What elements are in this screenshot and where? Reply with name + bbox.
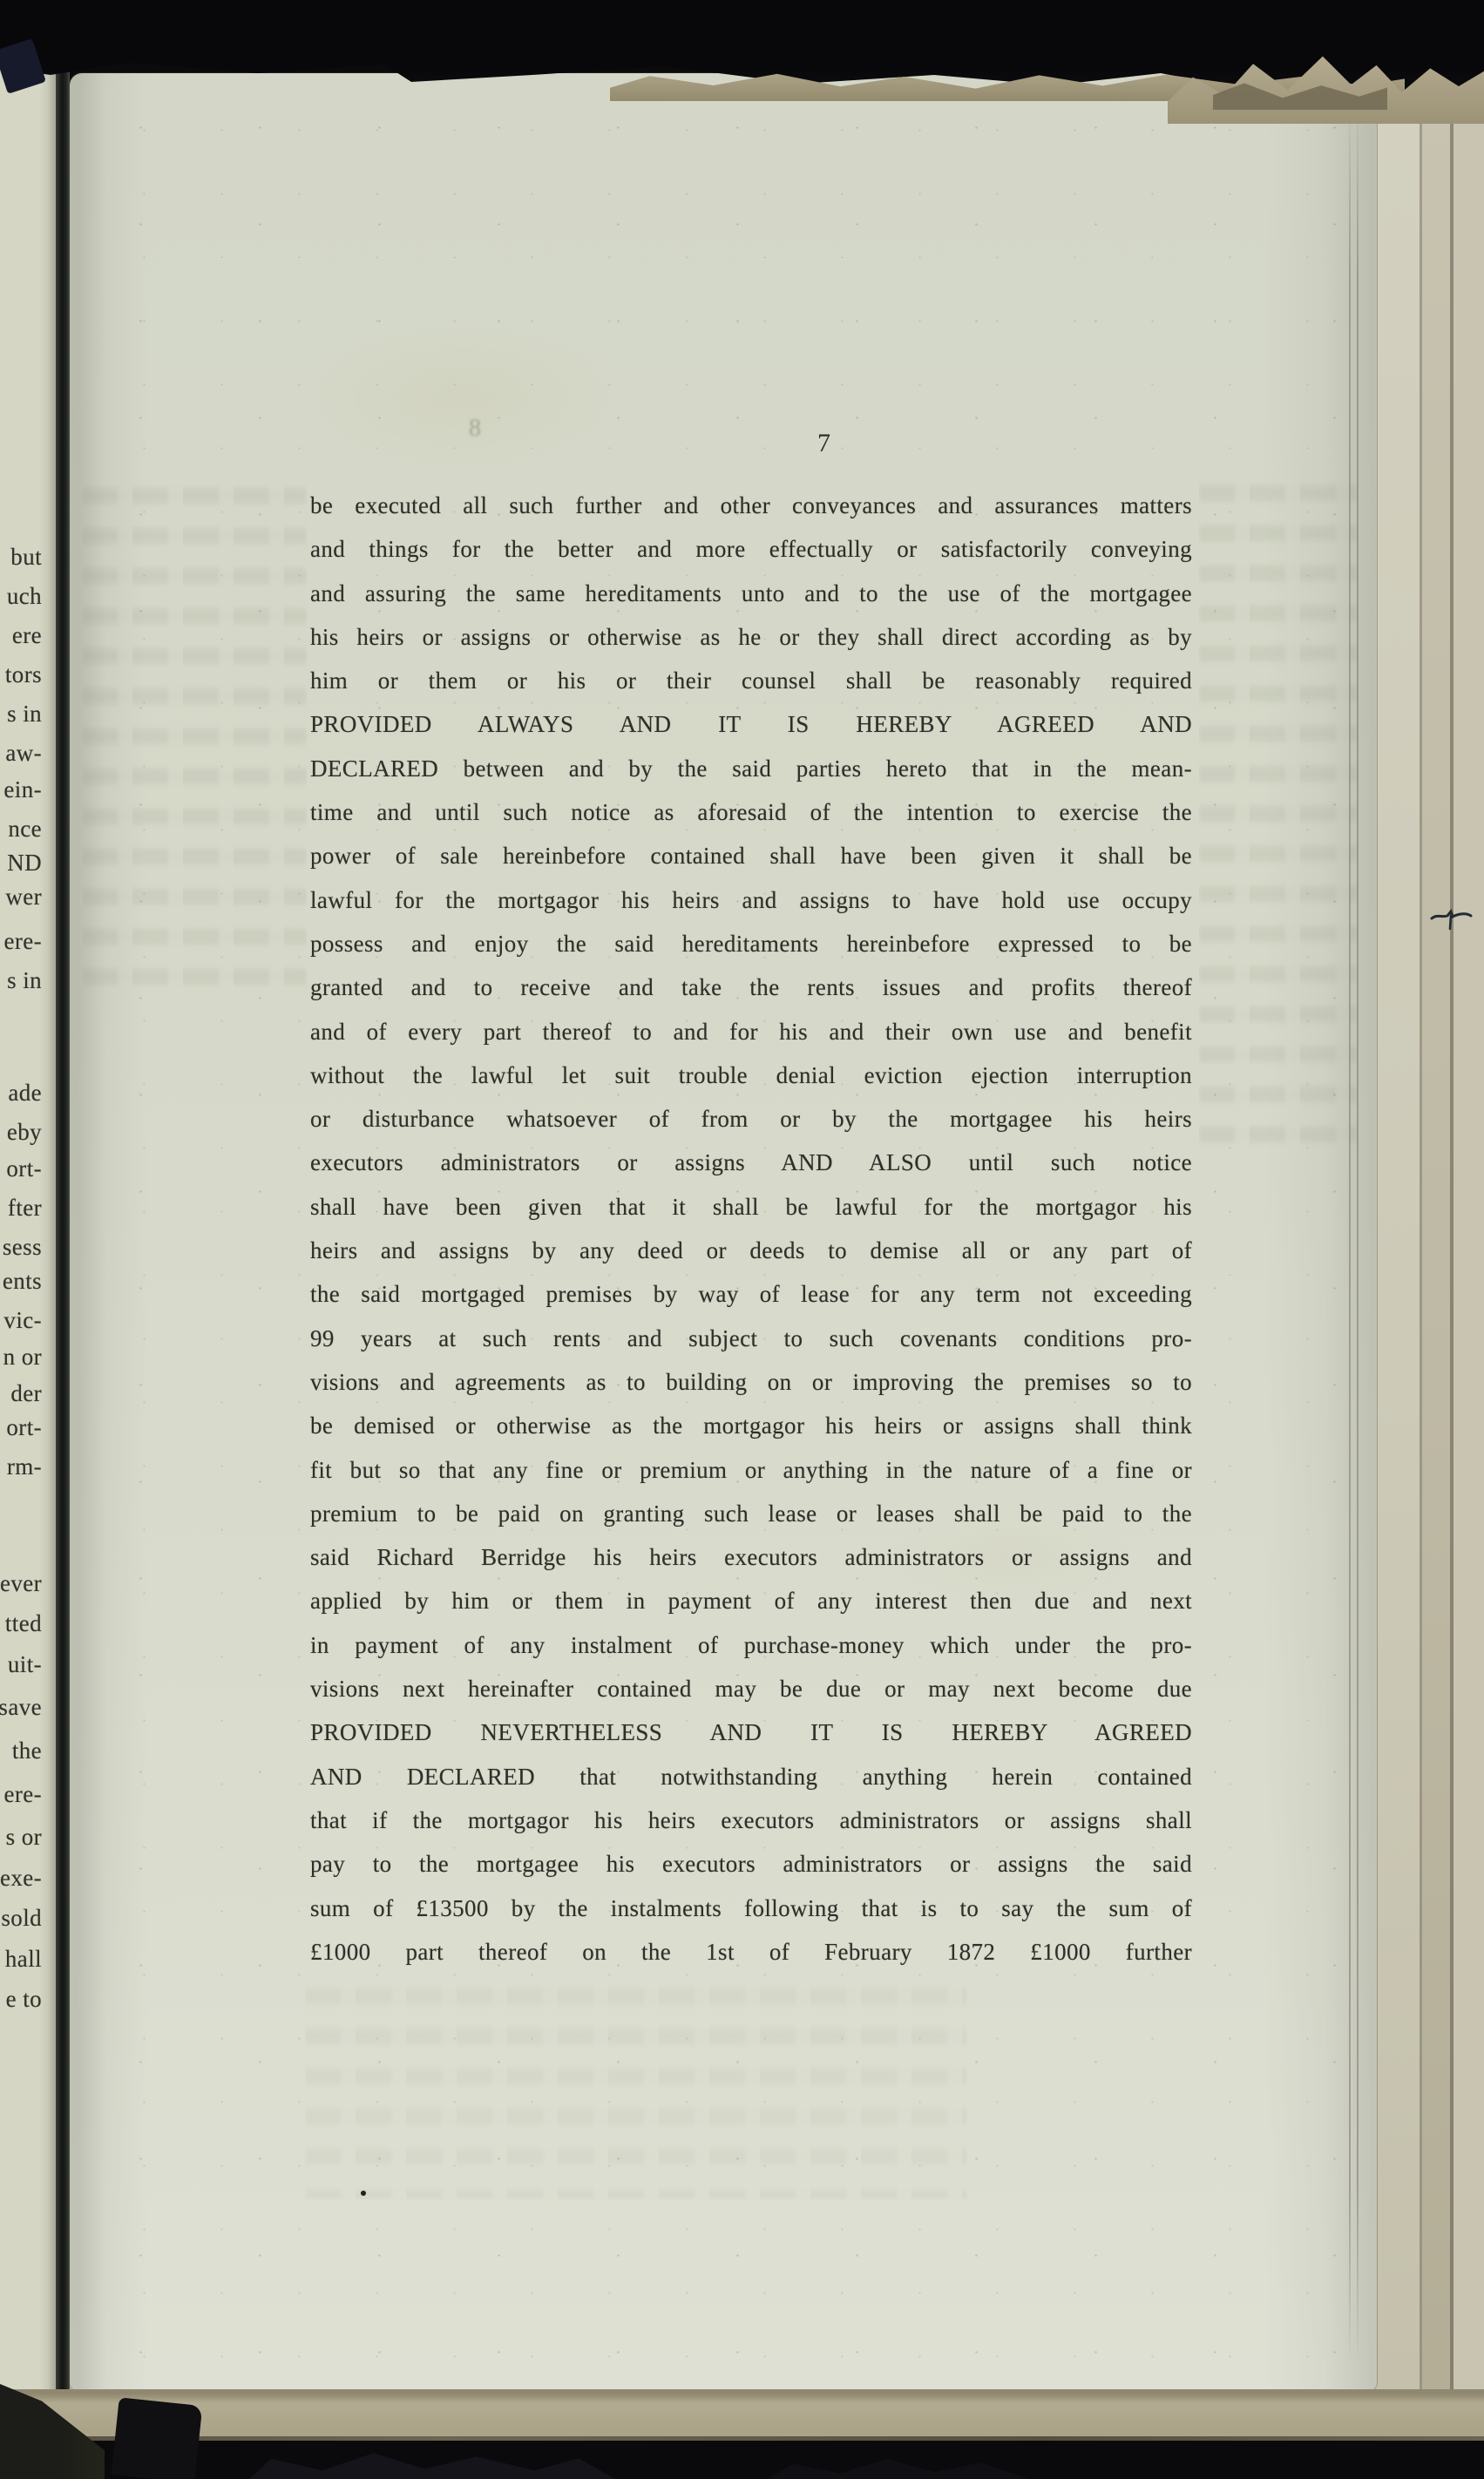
margin-fragment: sold (1, 1898, 42, 1938)
margin-fragment: tted (5, 1603, 42, 1643)
text-line: applied by him or them in payment of any… (310, 1579, 1192, 1622)
text-line: power of sale hereinbefore contained sha… (310, 834, 1192, 877)
text-line-heading: PROVIDED NEVERTHELESS AND IT IS HEREBY A… (310, 1710, 1192, 1754)
text-line: lawful for the mortgagor his heirs and a… (310, 878, 1192, 922)
showthrough-page-number: 8 (469, 415, 481, 443)
margin-fragment: vic- (3, 1300, 42, 1340)
pen-arrow-mark-icon (1429, 908, 1474, 932)
margin-fragment: uit- (8, 1644, 42, 1684)
margin-fragment: exe- (0, 1858, 42, 1898)
text-line: without the lawful let suit trouble deni… (310, 1053, 1192, 1097)
text-line: pay to the mortgagee his executors admin… (310, 1842, 1192, 1886)
margin-fragment: ere- (3, 1774, 42, 1814)
text-line: sum of £13500 by the instalments followi… (310, 1886, 1192, 1930)
margin-fragment: uch (7, 576, 42, 616)
margin-fragment: ort- (6, 1148, 42, 1189)
text-line: shall have been given that it shall be l… (310, 1185, 1192, 1229)
text-line: and things for the better and more effec… (310, 527, 1192, 571)
text-line-heading: PROVIDED ALWAYS AND IT IS HEREBY AGREED … (310, 702, 1192, 746)
ink-fleck (361, 2191, 366, 2196)
text-line: AND DECLARED that notwithstanding anythi… (310, 1755, 1192, 1798)
text-line: be demised or otherwise as the mortgagor… (310, 1404, 1192, 1447)
text-line: that if the mortgagor his heirs executor… (310, 1798, 1192, 1842)
page-crease (1349, 99, 1351, 2365)
margin-fragment: save (0, 1687, 42, 1727)
page-crease (1357, 99, 1359, 2365)
margin-fragment: hall (5, 1939, 42, 1979)
margin-fragment: the (12, 1731, 42, 1771)
margin-fragment: s in (7, 694, 42, 734)
bottom-edge-seam (0, 2436, 1484, 2441)
text-line: time and until such notice as aforesaid … (310, 790, 1192, 834)
margin-fragment: tors (5, 654, 42, 694)
text-line: premium to be paid on granting such leas… (310, 1492, 1192, 1535)
text-line: visions and agreements as to building on… (310, 1360, 1192, 1404)
margin-fragment: s in (7, 960, 42, 1000)
margin-fragment: ever (0, 1563, 42, 1603)
text-line: visions next hereinafter contained may b… (310, 1667, 1192, 1710)
text-line: granted and to receive and take the rent… (310, 965, 1192, 1009)
ink-fleck (1129, 862, 1132, 864)
margin-fragment: ere- (3, 921, 42, 961)
scan-background-bottom (0, 2440, 1484, 2479)
margin-fragment: rm- (7, 1446, 42, 1487)
text-line: £1000 part thereof on the 1st of Februar… (310, 1930, 1192, 1974)
margin-fragment: ents (3, 1261, 42, 1301)
torn-scrap (112, 2397, 203, 2479)
text-line: said Richard Berridge his heirs executor… (310, 1535, 1192, 1579)
margin-fragment: ort- (6, 1407, 42, 1447)
document-page: 8 7 be executed all such further and oth… (70, 73, 1377, 2391)
showthrough-smudge (82, 472, 307, 1004)
margin-fragment: but (10, 537, 42, 577)
bottom-page-edges (0, 2389, 1484, 2436)
showthrough-smudge (305, 1973, 967, 2199)
previous-page-edge: but uch ere tors s in aw- ein- nce ND we… (0, 66, 56, 2389)
margin-fragment: ere (12, 615, 42, 655)
showthrough-smudge (1199, 470, 1358, 1149)
margin-fragment: n or (3, 1337, 42, 1377)
binding-shadow (56, 66, 70, 2389)
text-line: 99 years at such rents and subject to su… (310, 1317, 1192, 1360)
margin-fragment: ein- (3, 769, 42, 809)
text-line: possess and enjoy the said hereditaments… (310, 922, 1192, 965)
text-line: fit but so that any fine or premium or a… (310, 1448, 1192, 1492)
text-line: or disturbance whatsoever of from or by … (310, 1097, 1192, 1141)
ink-fleck (533, 1211, 536, 1214)
text-line: and assuring the same hereditaments unto… (310, 572, 1192, 615)
text-line: heirs and assigns by any deed or deeds t… (310, 1229, 1192, 1272)
text-line: DECLARED between and by the said parties… (310, 747, 1192, 790)
text-line: in payment of any instalment of purchase… (310, 1623, 1192, 1667)
text-line: the said mortgaged premises by way of le… (310, 1272, 1192, 1316)
text-line: executors administrators or assigns AND … (310, 1141, 1192, 1184)
margin-fragment: ade (8, 1073, 42, 1113)
text-line: him or them or his or their counsel shal… (310, 659, 1192, 702)
scanned-deed-page: but uch ere tors s in aw- ein- nce ND we… (0, 0, 1484, 2479)
margin-fragment: eby (7, 1112, 42, 1152)
page-number: 7 (728, 429, 920, 458)
margin-fragment: e to (6, 1979, 42, 2019)
margin-fragment: fter (8, 1188, 42, 1228)
text-line: be executed all such further and other c… (310, 484, 1192, 527)
margin-fragment: aw- (5, 733, 42, 773)
margin-fragment: wer (5, 877, 42, 917)
margin-fragment: s or (6, 1817, 42, 1857)
text-line: his heirs or assigns or otherwise as he … (310, 615, 1192, 659)
deed-text-block: be executed all such further and other c… (310, 484, 1192, 1974)
text-line: and of every part thereof to and for his… (310, 1010, 1192, 1053)
